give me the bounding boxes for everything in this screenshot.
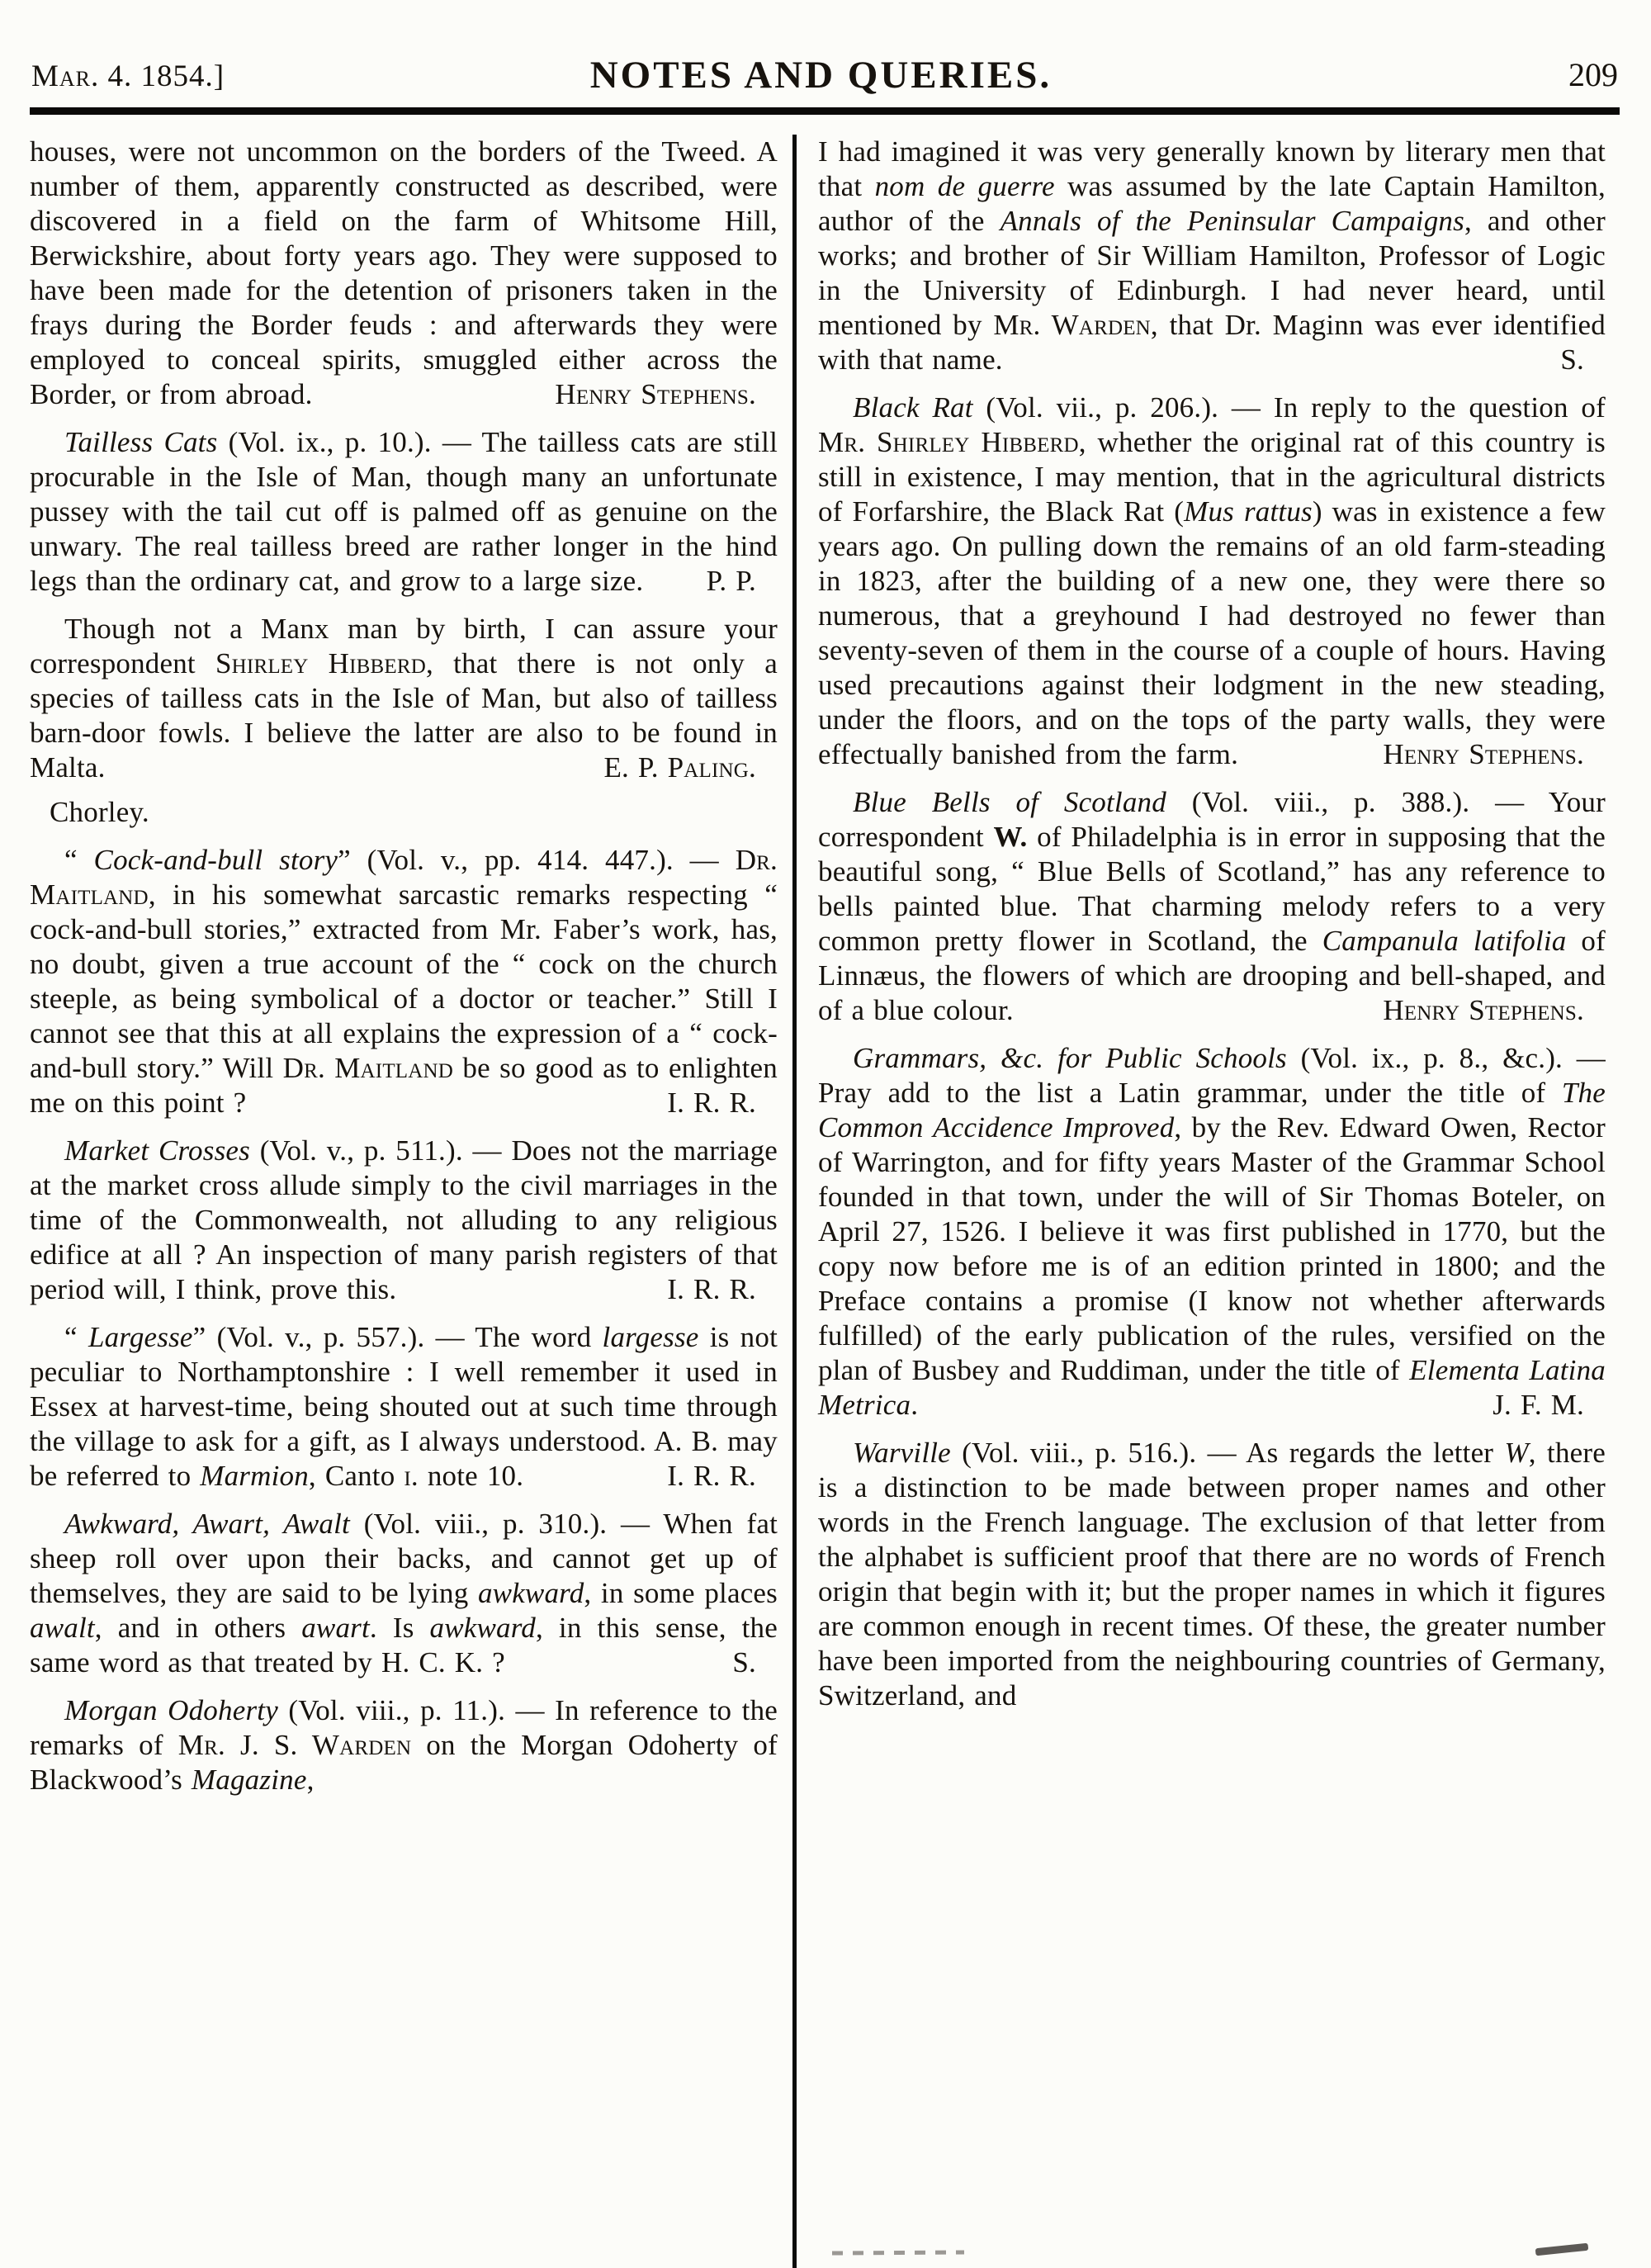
body-text: ” (Vol. v., p. 557.). — The word (193, 1321, 603, 1353)
italic-text: Blue Bells of Scotland (853, 786, 1166, 818)
continued-note-border-houses: houses, were not uncommon on the borders… (30, 135, 778, 412)
page-number: 209 (1568, 55, 1618, 94)
place-line-chorley: Chorley. (30, 795, 778, 830)
body-text: (Vol. vii., p. 206.). — In reply to the … (973, 391, 1606, 424)
body-text: ” (Vol. v., pp. 414. 447.). — (338, 844, 736, 876)
smallcaps-name: Mr. J. S. Warden (178, 1729, 411, 1761)
signature: Henry Stephens. (555, 377, 756, 412)
body-text: , in some places (584, 1577, 778, 1609)
italic-text: Morgan Odoherty (64, 1694, 278, 1726)
header-rule (30, 107, 1620, 115)
signature: P. P. (672, 564, 756, 599)
note-awkward-awart-awalt: Awkward, Awart, Awalt (Vol. viii., p. 31… (30, 1507, 778, 1680)
page-title: NOTES AND QUERIES. (590, 53, 1052, 97)
right-column: I had imagined it was very generally kno… (797, 135, 1651, 2268)
italic-text: Warville (853, 1437, 951, 1469)
note-blue-bells-of-scotland: Blue Bells of Scotland (Vol. viii., p. 3… (818, 785, 1606, 1028)
italic-text: Market Crosses (64, 1134, 250, 1167)
body-text: , Canto (309, 1460, 404, 1492)
smallcaps-name: Dr. Maitland (283, 1052, 453, 1084)
body-text: (Vol. viii., p. 516.). — As regards the … (951, 1437, 1505, 1469)
body-text: ) was in existence a few years ago. On p… (818, 495, 1606, 770)
signature: S. (698, 1645, 756, 1680)
italic-text: awalt (30, 1612, 95, 1644)
italic-text: awkward (430, 1612, 536, 1644)
body-text: , (307, 1764, 315, 1796)
signature: I. R. R. (632, 1272, 756, 1307)
italic-text: Marmion (200, 1460, 309, 1492)
signature: I. R. R. (632, 1086, 756, 1120)
body-text: , by the Rev. Edward Owen, Rector of War… (818, 1111, 1606, 1386)
italic-text: Cock-and-bull story (94, 844, 338, 876)
italic-text: Black Rat (853, 391, 973, 424)
body-text: , and in others (95, 1612, 301, 1644)
note-largesse: “ Largesse” (Vol. v., p. 557.). — The wo… (30, 1320, 778, 1494)
page-header: Mar. 4. 1854.] NOTES AND QUERIES. 209 (0, 0, 1651, 97)
italic-text: nom de guerre (875, 170, 1055, 202)
note-cock-and-bull-story: “ Cock-and-bull story” (Vol. v., pp. 414… (30, 843, 778, 1120)
signature: Henry Stephens. (1348, 993, 1584, 1028)
issue-date: Mar. 4. 1854.] (31, 59, 225, 94)
body-text: . Is (370, 1612, 430, 1644)
signature: I. R. R. (632, 1459, 756, 1494)
note-black-rat: Black Rat (Vol. vii., p. 206.). — In rep… (818, 391, 1606, 772)
left-column: houses, were not uncommon on the borders… (30, 135, 792, 2268)
italic-text: largesse (603, 1321, 699, 1353)
italic-text: Mus rattus (1184, 495, 1313, 528)
signature: Henry Stephens. (1348, 737, 1584, 772)
italic-text: awkward (478, 1577, 584, 1609)
italic-text: Largesse (88, 1321, 193, 1353)
body-text: note 10. (419, 1460, 523, 1492)
blackletter-initial: W. (994, 821, 1028, 853)
italic-text: Magazine (192, 1764, 307, 1796)
smallcaps-name: Mr. Shirley Hibberd (818, 426, 1079, 458)
italic-text: awart (301, 1612, 370, 1644)
italic-text: Campanula latifolia (1322, 925, 1567, 957)
text-columns: houses, were not uncommon on the borders… (0, 135, 1651, 2268)
body-text: houses, were not uncommon on the borders… (30, 135, 778, 410)
body-text: , there is a distinction to be made betw… (818, 1437, 1606, 1712)
signature: E. P. Paling. (569, 750, 756, 785)
body-text: . (911, 1389, 918, 1421)
italic-text: Grammars, &c. for Public Schools (853, 1042, 1287, 1074)
note-warville: Warville (Vol. viii., p. 516.). — As reg… (818, 1436, 1606, 1713)
note-tailless-cats-reply: Though not a Manx man by birth, I can as… (30, 612, 778, 785)
italic-text: Tailless Cats (64, 426, 217, 458)
note-morgan-odoherty: Morgan Odoherty (Vol. viii., p. 11.). — … (30, 1693, 778, 1797)
scanned-page: { "header": { "left": "Mar. 4. 1854.]", … (0, 0, 1651, 2268)
smallcaps-name: Shirley Hibberd (215, 647, 426, 679)
smallcaps-name: i. (404, 1460, 418, 1492)
smallcaps-name: Mr. Warden (993, 309, 1151, 341)
body-text: “ (64, 1321, 88, 1353)
italic-text: W (1504, 1437, 1528, 1469)
note-grammars-public-schools: Grammars, &c. for Public Schools (Vol. i… (818, 1041, 1606, 1423)
signature: S. (1560, 343, 1584, 377)
signature: J. F. M. (1458, 1388, 1584, 1423)
continued-note-nom-de-guerre: I had imagined it was very generally kno… (818, 135, 1606, 377)
italic-text: Annals of the Peninsular Campaigns (1001, 205, 1464, 237)
body-text: “ (64, 844, 94, 876)
italic-text: Awkward, Awart, Awalt (64, 1508, 350, 1540)
note-tailless-cats: Tailless Cats (Vol. ix., p. 10.). — The … (30, 425, 778, 599)
note-market-crosses: Market Crosses (Vol. v., p. 511.). — Doe… (30, 1134, 778, 1307)
